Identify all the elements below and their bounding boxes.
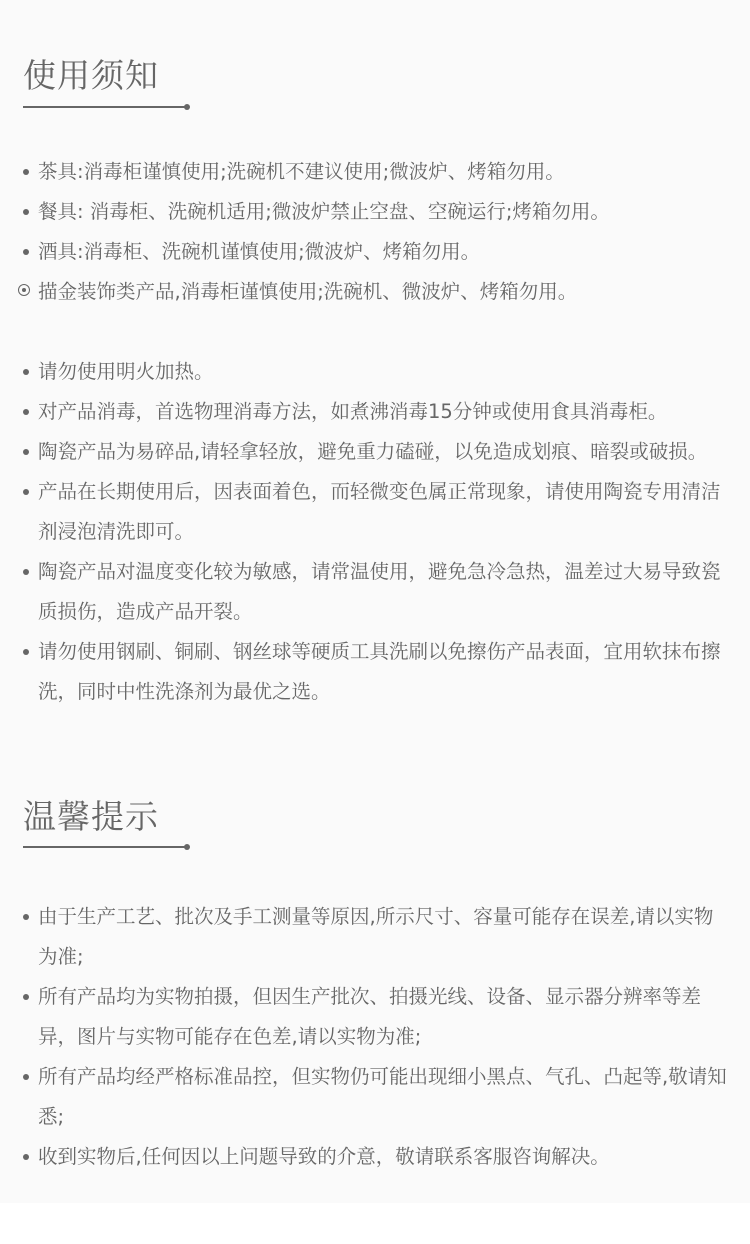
bullet-dot-icon (23, 1074, 29, 1080)
list-item: 对产品消毒，首选物理消毒方法，如煮沸消毒15分钟或使用食具消毒柜。 (0, 392, 750, 432)
item-text: 由于生产工艺、批次及手工测量等原因,所示尺寸、容量可能存在误差,请以实物为准; (38, 905, 713, 968)
item-text: 对产品消毒，首选物理消毒方法，如煮沸消毒15分钟或使用食具消毒柜。 (38, 400, 667, 423)
item-text: 请勿使用明火加热。 (38, 360, 214, 383)
bullet-dot-icon (23, 914, 29, 920)
item-text: 餐具: 消毒柜、洗碗机适用;微波炉禁止空盘、空碗运行;烤箱勿用。 (38, 200, 610, 223)
item-text: 酒具:消毒柜、洗碗机谨慎使用;微波炉、烤箱勿用。 (38, 240, 480, 263)
list-item: 酒具:消毒柜、洗碗机谨慎使用;微波炉、烤箱勿用。 (0, 232, 750, 272)
bullet-dot-icon (23, 649, 29, 655)
underline-dot-icon (184, 844, 190, 850)
list-item: 餐具: 消毒柜、洗碗机适用;微波炉禁止空盘、空碗运行;烤箱勿用。 (0, 192, 750, 232)
list-item: 收到实物后,任何因以上问题导致的介意，敬请联系客服咨询解决。 (0, 1137, 750, 1177)
list-item: 茶具:消毒柜谨慎使用;洗碗机不建议使用;微波炉、烤箱勿用。 (0, 152, 750, 192)
underline-dot-icon (184, 104, 190, 110)
list-item: 产品在长期使用后，因表面着色，而轻微变色属正常现象，请使用陶瓷专用清洁剂浸泡清洗… (0, 472, 750, 552)
list-item: 陶瓷产品对温度变化较为敏感，请常温使用，避免急冷急热，温差过大易导致瓷质损伤，造… (0, 552, 750, 632)
bullet-dot-icon (23, 449, 29, 455)
list-item: 由于生产工艺、批次及手工测量等原因,所示尺寸、容量可能存在误差,请以实物为准; (0, 897, 750, 977)
item-text: 请勿使用钢刷、铜刷、钢丝球等硬质工具洗刷以免擦伤产品表面，宜用软抹布擦洗，同时中… (38, 640, 721, 703)
item-text: 收到实物后,任何因以上问题导致的介意，敬请联系客服咨询解决。 (38, 1145, 610, 1168)
usage-title: 使用须知 (23, 56, 159, 96)
tips-title: 温馨提示 (23, 797, 159, 837)
circled-dot-icon (18, 284, 30, 296)
item-text: 茶具:消毒柜谨慎使用;洗碗机不建议使用;微波炉、烤箱勿用。 (38, 160, 565, 183)
usage-title-underline (23, 106, 185, 108)
bullet-dot-icon (23, 169, 29, 175)
list-item: 所有产品均为实物拍摄，但因生产批次、拍摄光线、设备、显示器分辨率等差异，图片与实… (0, 977, 750, 1057)
usage-list-a: 茶具:消毒柜谨慎使用;洗碗机不建议使用;微波炉、烤箱勿用。 餐具: 消毒柜、洗碗… (0, 152, 750, 312)
bullet-dot-icon (23, 409, 29, 415)
bullet-dot-icon (23, 569, 29, 575)
bullet-dot-icon (23, 209, 29, 215)
content-panel: 使用须知 茶具:消毒柜谨慎使用;洗碗机不建议使用;微波炉、烤箱勿用。 餐具: 消… (0, 0, 750, 1203)
bullet-dot-icon (23, 489, 29, 495)
item-text: 产品在长期使用后，因表面着色，而轻微变色属正常现象，请使用陶瓷专用清洁剂浸泡清洗… (38, 480, 721, 543)
bullet-dot-icon (23, 994, 29, 1000)
list-item: 请勿使用钢刷、铜刷、钢丝球等硬质工具洗刷以免擦伤产品表面，宜用软抹布擦洗，同时中… (0, 632, 750, 712)
bullet-dot-icon (23, 249, 29, 255)
bullet-dot-icon (23, 369, 29, 375)
item-text: 所有产品均为实物拍摄，但因生产批次、拍摄光线、设备、显示器分辨率等差异，图片与实… (38, 985, 701, 1048)
item-text: 描金装饰类产品,消毒柜谨慎使用;洗碗机、微波炉、烤箱勿用。 (38, 280, 577, 303)
bullet-dot-icon (23, 1154, 29, 1160)
tips-list: 由于生产工艺、批次及手工测量等原因,所示尺寸、容量可能存在误差,请以实物为准; … (0, 897, 750, 1177)
list-item: 所有产品均经严格标准品控，但实物仍可能出现细小黑点、气孔、凸起等,敬请知悉; (0, 1057, 750, 1137)
usage-list-b: 请勿使用明火加热。 对产品消毒，首选物理消毒方法，如煮沸消毒15分钟或使用食具消… (0, 352, 750, 712)
item-text: 陶瓷产品为易碎品,请轻拿轻放，避免重力磕碰，以免造成划痕、暗裂或破损。 (38, 440, 707, 463)
list-item: 陶瓷产品为易碎品,请轻拿轻放，避免重力磕碰，以免造成划痕、暗裂或破损。 (0, 432, 750, 472)
list-item: 描金装饰类产品,消毒柜谨慎使用;洗碗机、微波炉、烤箱勿用。 (0, 272, 750, 312)
tips-title-underline (23, 846, 185, 848)
list-item: 请勿使用明火加热。 (0, 352, 750, 392)
item-text: 所有产品均经严格标准品控，但实物仍可能出现细小黑点、气孔、凸起等,敬请知悉; (38, 1065, 727, 1128)
item-text: 陶瓷产品对温度变化较为敏感，请常温使用，避免急冷急热，温差过大易导致瓷质损伤，造… (38, 560, 721, 623)
